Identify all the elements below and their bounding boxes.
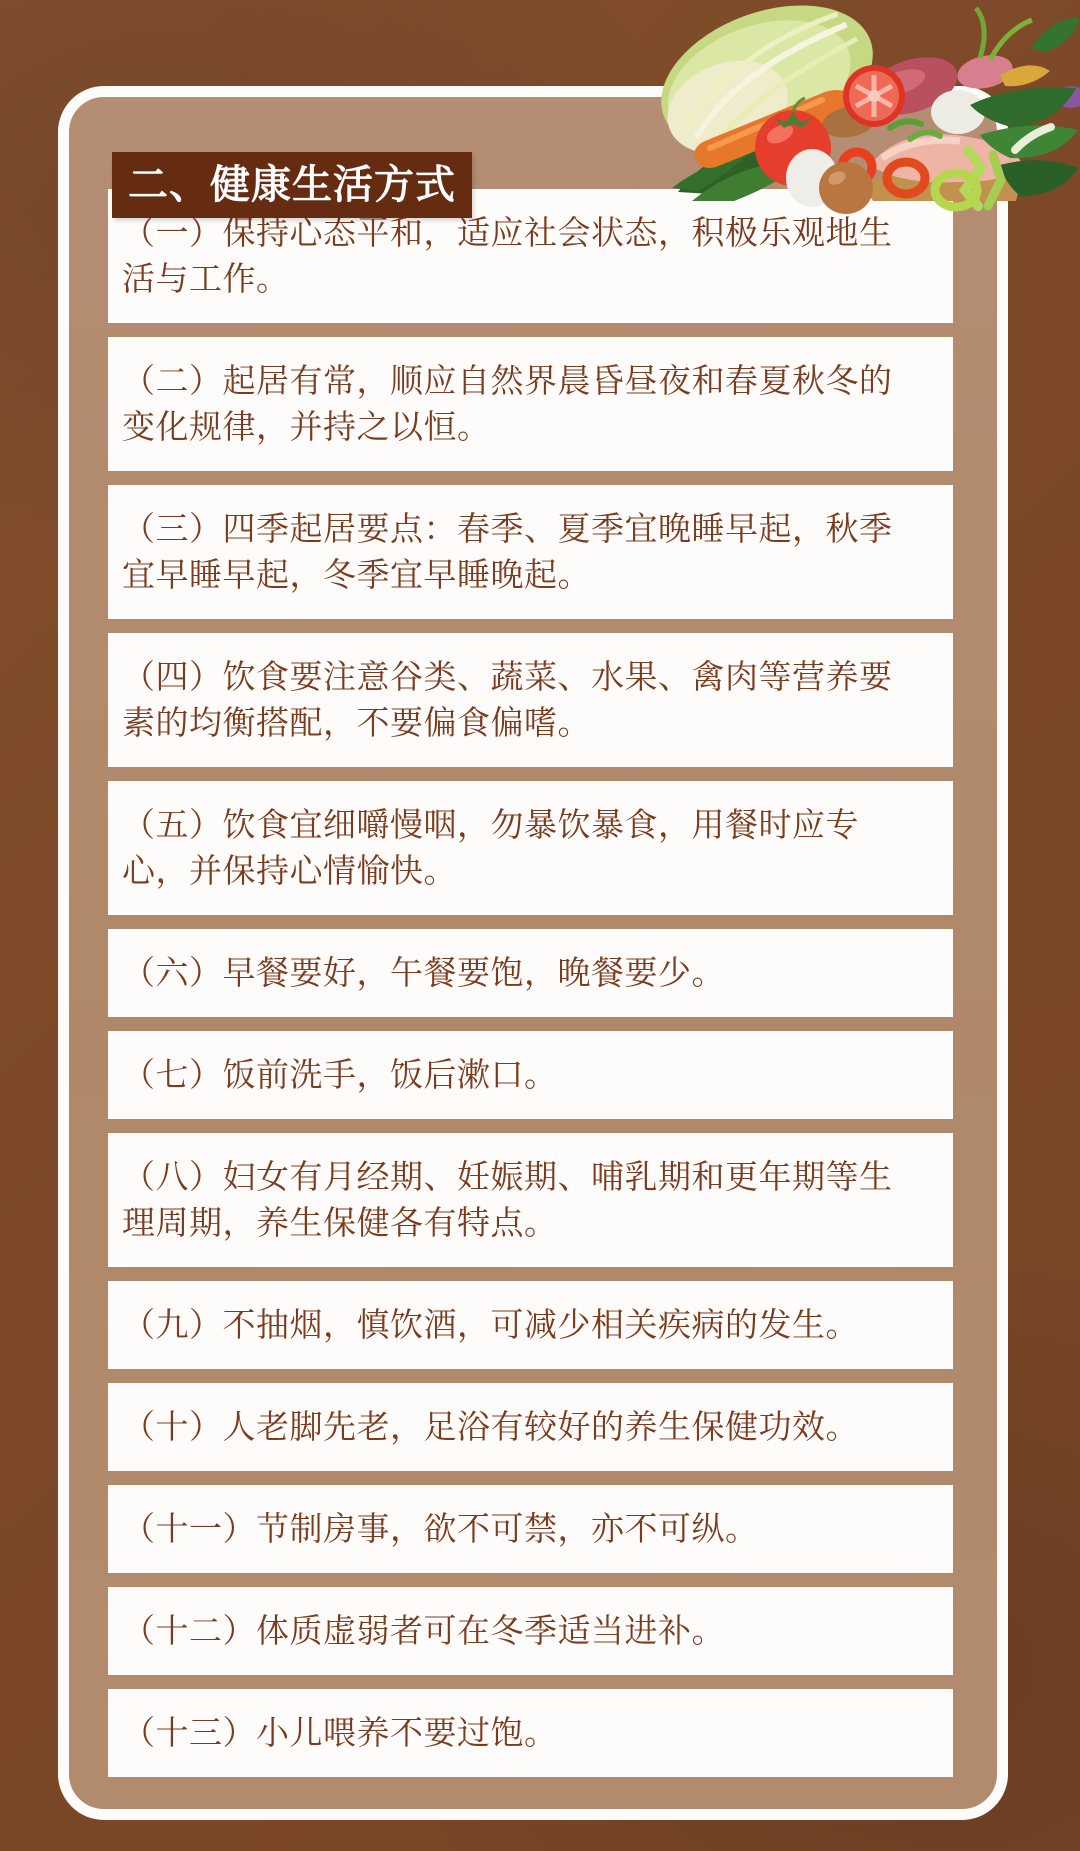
- guideline-item: （八）妇女有月经期、妊娠期、哺乳期和更年期等生 理周期，养生保健各有特点。: [108, 1133, 953, 1267]
- guideline-item: （二）起居有常，顺应自然界晨昏昼夜和春夏秋冬的 变化规律，并持之以恒。: [108, 337, 953, 471]
- guideline-item: （五）饮食宜细嚼慢咽，勿暴饮暴食，用餐时应专 心，并保持心情愉快。: [108, 781, 953, 915]
- section-title: 二、健康生活方式: [112, 152, 472, 218]
- guideline-item: （十三）小儿喂养不要过饱。: [108, 1689, 953, 1777]
- eggs: [786, 149, 873, 214]
- egg-white: [931, 90, 985, 134]
- guideline-item: （六）早餐要好，午餐要饱，晚餐要少。: [108, 929, 953, 1017]
- guidelines-list: （一）保持心态平和，适应社会状态，积极乐观地生 活与工作。 （二）起居有常，顺应…: [69, 97, 997, 1809]
- guideline-item: （十二）体质虚弱者可在冬季适当进补。: [108, 1587, 953, 1675]
- guideline-item: （十）人老脚先老，足浴有较好的养生保健功效。: [108, 1383, 953, 1471]
- guideline-item: （九）不抽烟，慎饮酒，可减少相关疾病的发生。: [108, 1281, 953, 1369]
- guideline-item: （十一）节制房事，欲不可禁，亦不可纵。: [108, 1485, 953, 1573]
- tomato-slice: [843, 65, 905, 127]
- guideline-item: （四）饮食要注意谷类、蔬菜、水果、禽肉等营养要 素的均衡搭配，不要偏食偏嗜。: [108, 633, 953, 767]
- guideline-item: （三）四季起居要点：春季、夏季宜晚睡早起，秋季 宜早睡早起，冬季宜早睡晚起。: [108, 485, 953, 619]
- rounded-frame: （一）保持心态平和，适应社会状态，积极乐观地生 活与工作。 （二）起居有常，顺应…: [58, 86, 1008, 1820]
- vegetables-photo: [560, 0, 1080, 215]
- guideline-item: （七）饭前洗手，饭后漱口。: [108, 1031, 953, 1119]
- radish: [954, 8, 1050, 93]
